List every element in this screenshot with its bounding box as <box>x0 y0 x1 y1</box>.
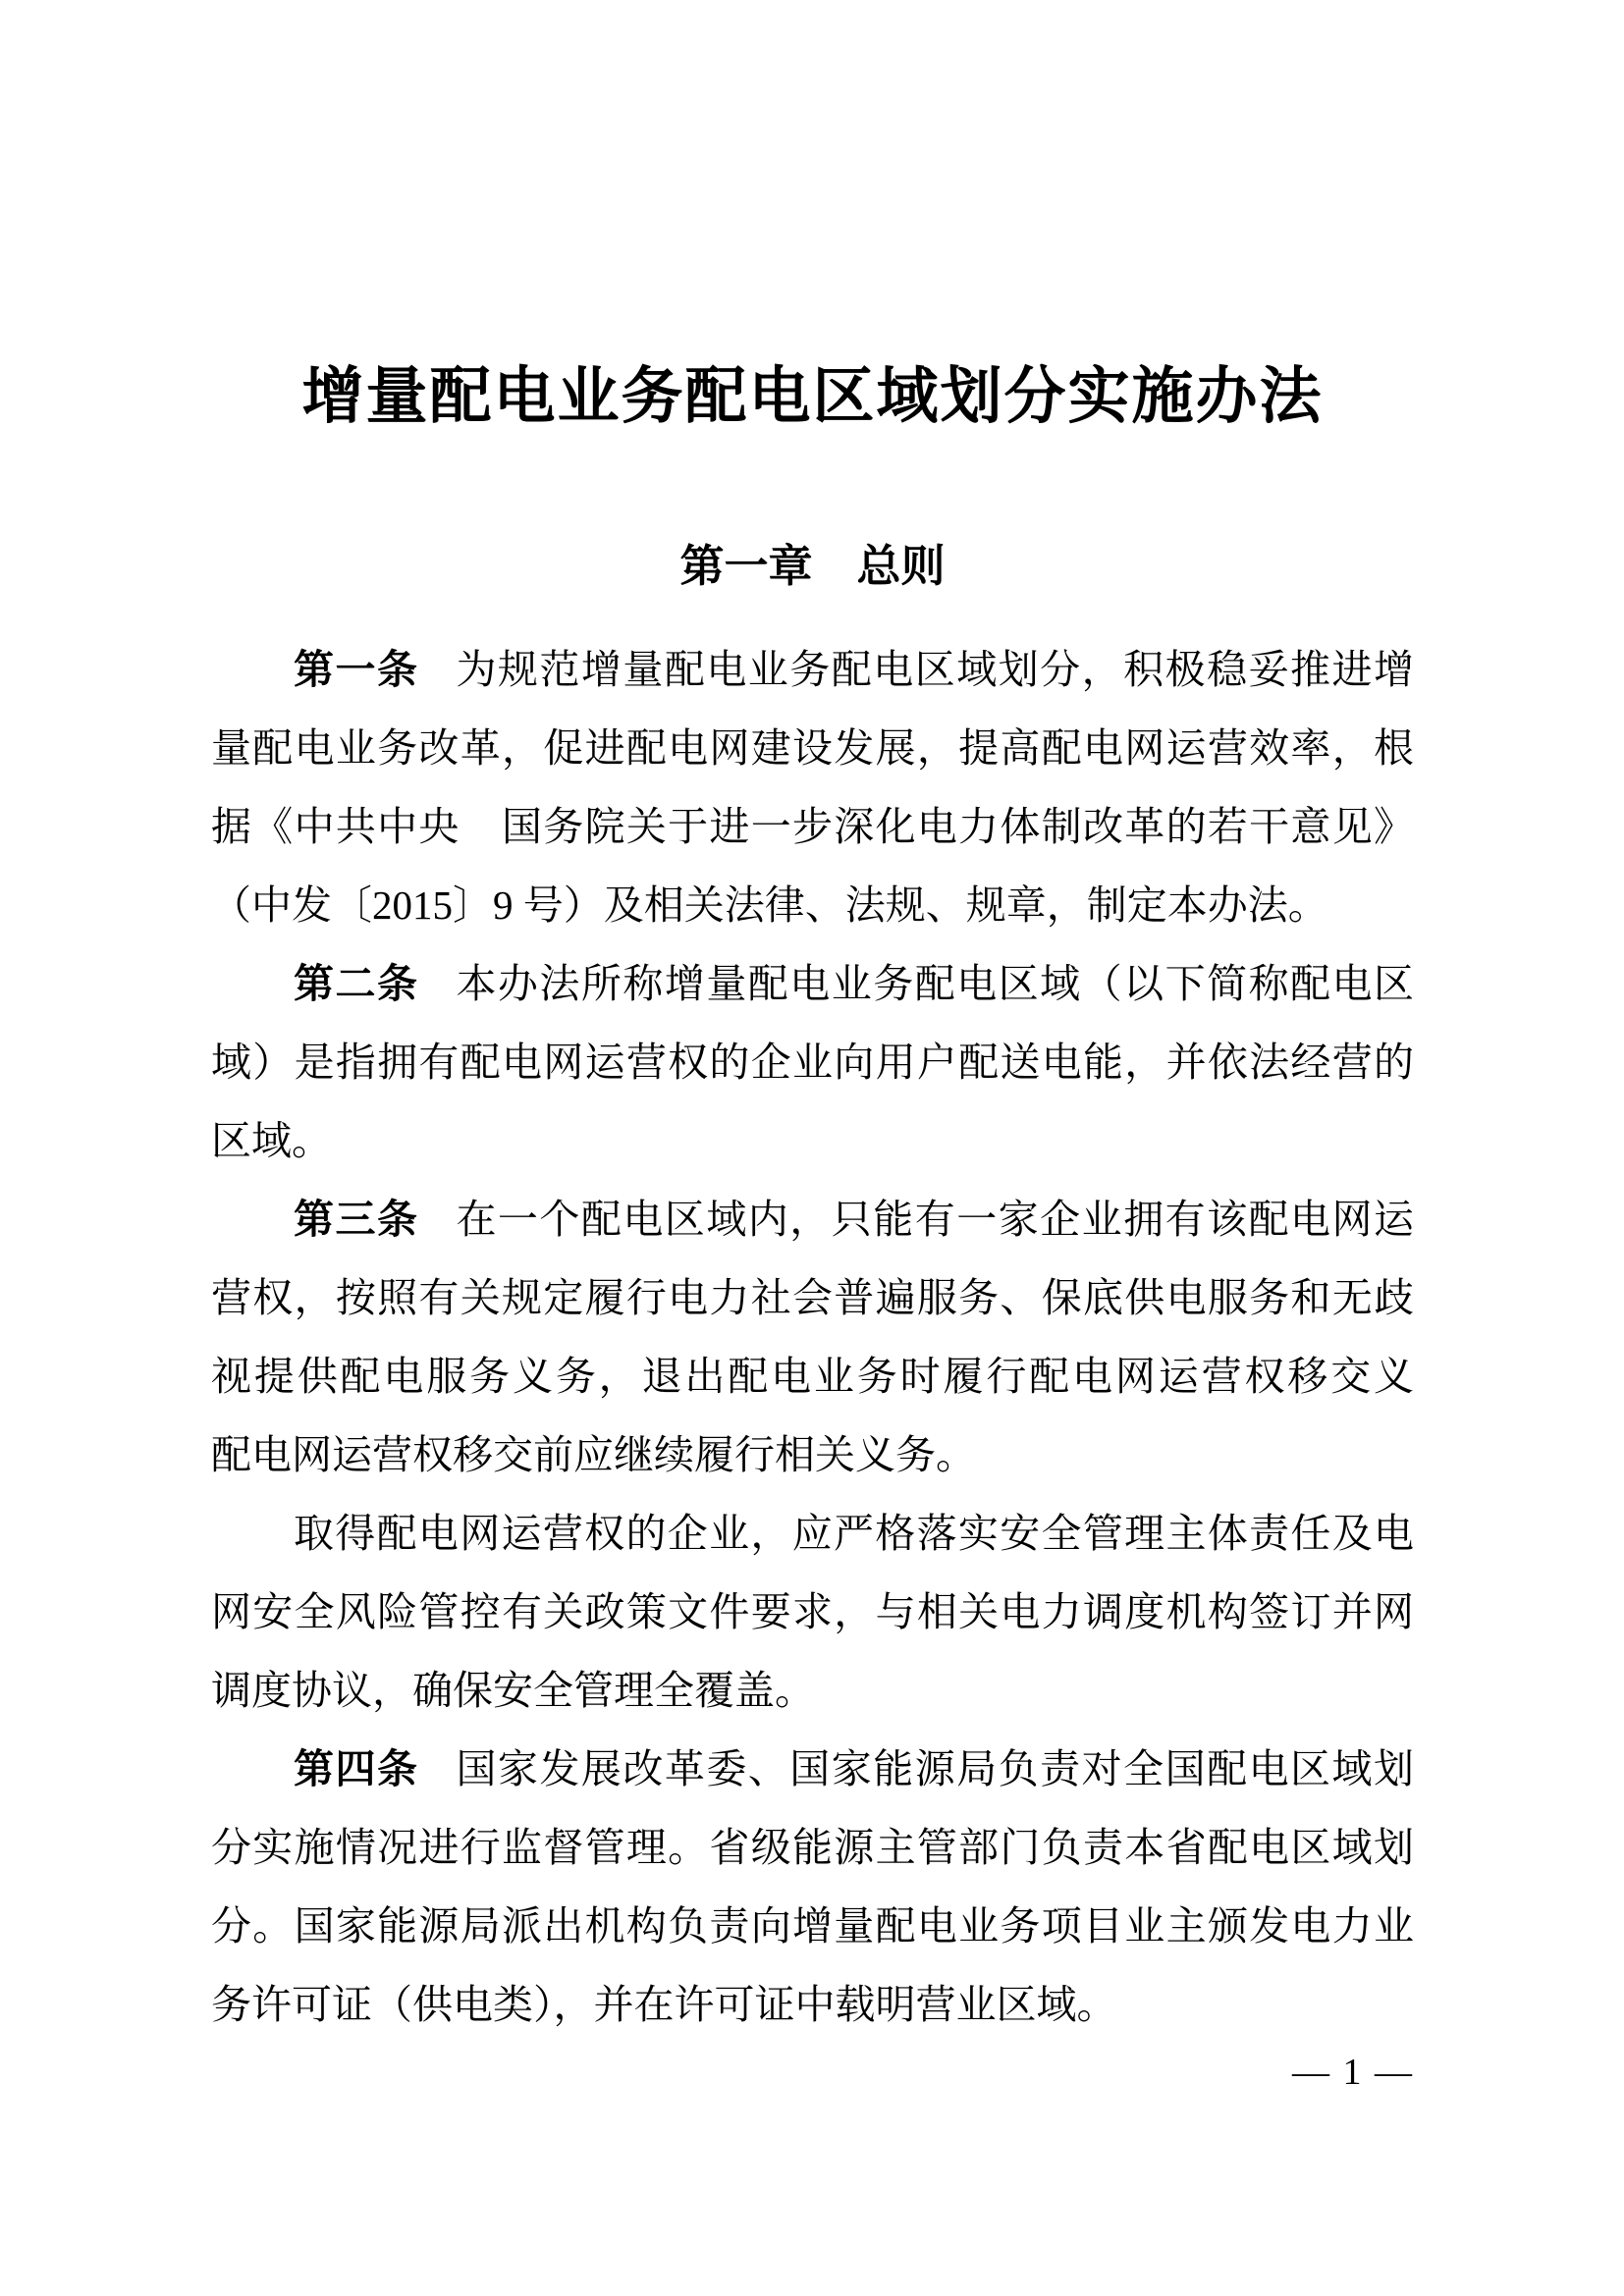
text-line: 营权，按照有关规定履行电力社会普遍服务、保底供电服务和无歧 <box>211 1258 1414 1337</box>
line-text: 营权，按照有关规定履行电力社会普遍服务、保底供电服务和无歧 <box>211 1275 1414 1320</box>
text-line: 量配电业务改革，促进配电网建设发展，提高配电网运营效率，根 <box>211 709 1414 787</box>
article-number-label: 第一条 <box>294 647 418 692</box>
text-line: 网安全风险管控有关政策文件要求，与相关电力调度机构签订并网 <box>211 1573 1414 1651</box>
line-text: 配电网运营权移交前应继续履行相关义务。 <box>211 1432 976 1477</box>
line-text: 分实施情况进行监督管理。省级能源主管部门负责本省配电区域划 <box>211 1825 1414 1870</box>
text-line: 域）是指拥有配电网运营权的企业向用户配送电能，并依法经营的 <box>211 1023 1414 1101</box>
line-text: 国家发展改革委、国家能源局负责对全国配电区域划 <box>456 1746 1414 1791</box>
line-text: 据《中共中央 国务院关于进一步深化电力体制改革的若干意见》 <box>211 804 1414 849</box>
line-text: 为规范增量配电业务配电区域划分，积极稳妥推进增 <box>456 647 1414 692</box>
document-title: 增量配电业务配电区域划分实施办法 <box>211 365 1414 428</box>
text-line: 视提供配电服务义务，退出配电业务时履行配电网运营权移交义务， <box>211 1337 1414 1415</box>
text-line: 调度协议，确保安全管理全覆盖。 <box>211 1651 1414 1730</box>
line-text: 网安全风险管控有关政策文件要求，与相关电力调度机构签订并网 <box>211 1589 1414 1634</box>
document-body: 第一条为规范增量配电业务配电区域划分，积极稳妥推进增量配电业务改革，促进配电网建… <box>211 630 1414 2044</box>
line-text: 本办法所称增量配电业务配电区域（以下简称配电区 <box>456 961 1414 1006</box>
text-line: 第三条在一个配电区域内，只能有一家企业拥有该配电网运 <box>211 1180 1414 1258</box>
text-line: 配电网运营权移交前应继续履行相关义务。 <box>211 1415 1414 1494</box>
text-line: （中发〔2015〕9 号）及相关法律、法规、规章，制定本办法。 <box>211 866 1414 944</box>
line-text: 域）是指拥有配电网运营权的企业向用户配送电能，并依法经营的 <box>211 1040 1414 1085</box>
article-number-label: 第二条 <box>294 961 418 1006</box>
article-number-label: 第四条 <box>294 1746 418 1791</box>
text-line: 取得配电网运营权的企业，应严格落实安全管理主体责任及电 <box>211 1494 1414 1573</box>
text-line: 据《中共中央 国务院关于进一步深化电力体制改革的若干意见》 <box>211 787 1414 866</box>
text-line: 务许可证（供电类），并在许可证中载明营业区域。 <box>211 1965 1414 2044</box>
line-text: 取得配电网运营权的企业，应严格落实安全管理主体责任及电 <box>294 1511 1414 1556</box>
text-line: 区域。 <box>211 1101 1414 1180</box>
line-text: 分。国家能源局派出机构负责向增量配电业务项目业主颁发电力业 <box>211 1903 1414 1949</box>
line-text: 量配电业务改革，促进配电网建设发展，提高配电网运营效率，根 <box>211 725 1414 771</box>
text-line: 第四条国家发展改革委、国家能源局负责对全国配电区域划 <box>211 1730 1414 1808</box>
article-number-label: 第三条 <box>294 1197 418 1242</box>
text-line: 分实施情况进行监督管理。省级能源主管部门负责本省配电区域划 <box>211 1808 1414 1887</box>
line-text: （中发〔2015〕9 号）及相关法律、法规、规章，制定本办法。 <box>211 882 1328 928</box>
line-text: 区域。 <box>211 1118 332 1163</box>
chapter-heading: 第一章 总则 <box>211 542 1414 591</box>
line-text: 务许可证（供电类），并在许可证中载明营业区域。 <box>211 1982 1117 2027</box>
text-line: 第一条为规范增量配电业务配电区域划分，积极稳妥推进增 <box>211 630 1414 709</box>
text-line: 第二条本办法所称增量配电业务配电区域（以下简称配电区 <box>211 944 1414 1023</box>
text-line: 分。国家能源局派出机构负责向增量配电业务项目业主颁发电力业 <box>211 1887 1414 1965</box>
line-text: 调度协议，确保安全管理全覆盖。 <box>211 1668 815 1713</box>
document-page: 增量配电业务配电区域划分实施办法 第一章 总则 第一条为规范增量配电业务配电区域… <box>0 0 1624 2296</box>
line-text: 视提供配电服务义务，退出配电业务时履行配电网运营权移交义务， <box>211 1354 1414 1415</box>
line-text: 在一个配电区域内，只能有一家企业拥有该配电网运 <box>456 1197 1414 1242</box>
page-number: — 1 — <box>211 2052 1414 2093</box>
